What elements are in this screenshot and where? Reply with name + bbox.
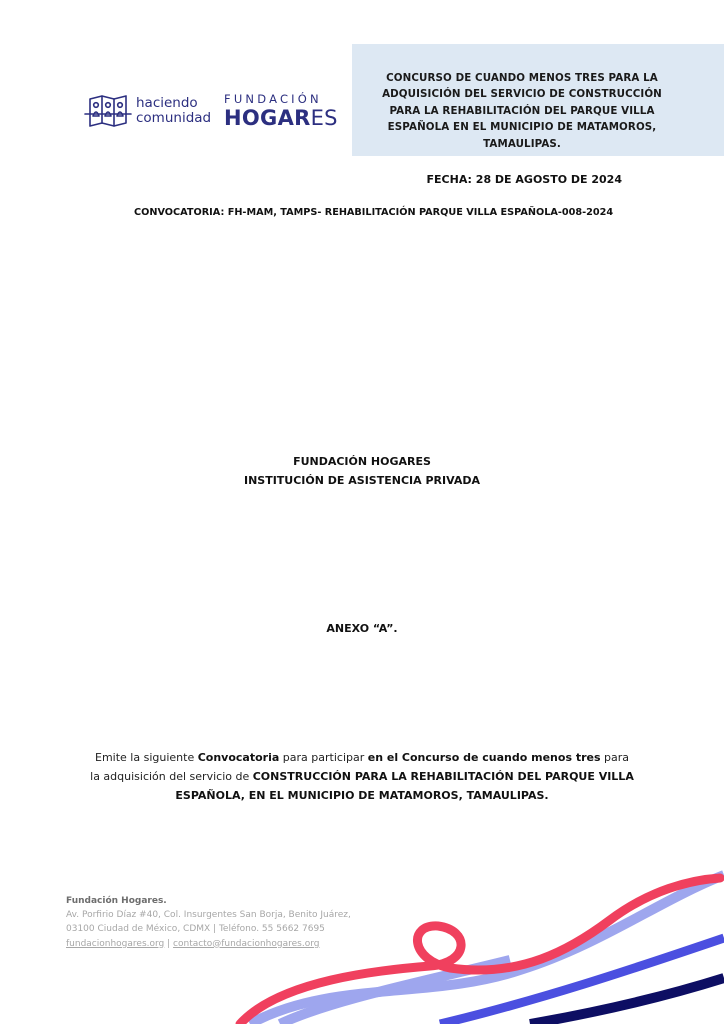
intro-paragraph: Emite la siguiente Convocatoria para par… <box>90 748 634 805</box>
map-people-icon <box>84 94 132 128</box>
website-link[interactable]: fundacionhogares.org <box>66 939 164 949</box>
email-link[interactable]: contacto@fundacionhogares.org <box>173 939 319 949</box>
title-line: PARA LA REHABILITACIÓN DEL PARQUE VILLA <box>372 103 672 119</box>
title-line: ADQUISICIÓN DEL SERVICIO DE CONSTRUCCIÓN <box>372 86 672 102</box>
document-date: FECHA: 28 DE AGOSTO DE 2024 <box>427 173 622 186</box>
haciendo-comunidad-logo: haciendo comunidad <box>84 94 214 130</box>
convocatoria-reference: CONVOCATORIA: FH-MAM, TAMPS- REHABILITAC… <box>134 207 613 218</box>
footer-contact: Fundación Hogares. Av. Porfirio Díaz #40… <box>66 894 351 951</box>
title-line: ESPAÑOLA EN EL MUNICIPIO DE MATAMOROS, <box>372 119 672 135</box>
title-line: CONCURSO DE CUANDO MENOS TRES PARA LA <box>372 70 672 86</box>
fundacion-hogares-logo: FUNDACIÓN HOGARES <box>224 93 334 133</box>
institution-heading: FUNDACIÓN HOGARES INSTITUCIÓN DE ASISTEN… <box>0 452 724 490</box>
annex-heading: ANEXO “A”. <box>0 622 724 635</box>
title-line: TAMAULIPAS. <box>372 136 672 152</box>
document-title: CONCURSO DE CUANDO MENOS TRES PARA LA AD… <box>372 70 672 152</box>
